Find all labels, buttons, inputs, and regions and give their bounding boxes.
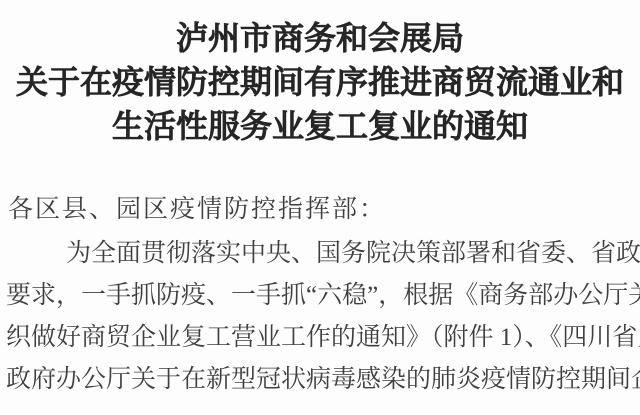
salutation-line: 各区县、园区疫情防控指挥部： xyxy=(0,194,640,226)
paragraph-line-3: 织做好商贸企业复工营业工作的通知》（附件 1）、《四川省人民 xyxy=(6,317,634,359)
paragraph-line-4: 政府办公厅关于在新型冠状病毒感染的肺炎疫情防控期间企业 xyxy=(6,359,634,401)
title-line-2: 关于在疫情防控期间有序推进商贸流通业和 xyxy=(0,60,640,104)
title-line-1: 泸州市商务和会展局 xyxy=(0,16,640,60)
paragraph-line-2: 要求，一手抓防疫、一手抓“六稳”，根据《商务部办公厅关于组 xyxy=(6,275,634,317)
body-paragraph: 为全面贯彻落实中央、国务院决策部署和省委、省政府工作 要求，一手抓防疫、一手抓“… xyxy=(0,233,640,401)
title-line-3: 生活性服务业复工复业的通知 xyxy=(0,104,640,148)
document-title: 泸州市商务和会展局 关于在疫情防控期间有序推进商贸流通业和 生活性服务业复工复业… xyxy=(0,0,640,148)
paragraph-line-1: 为全面贯彻落实中央、国务院决策部署和省委、省政府工作 xyxy=(6,233,634,275)
document-page: 泸州市商务和会展局 关于在疫情防控期间有序推进商贸流通业和 生活性服务业复工复业… xyxy=(0,0,640,415)
